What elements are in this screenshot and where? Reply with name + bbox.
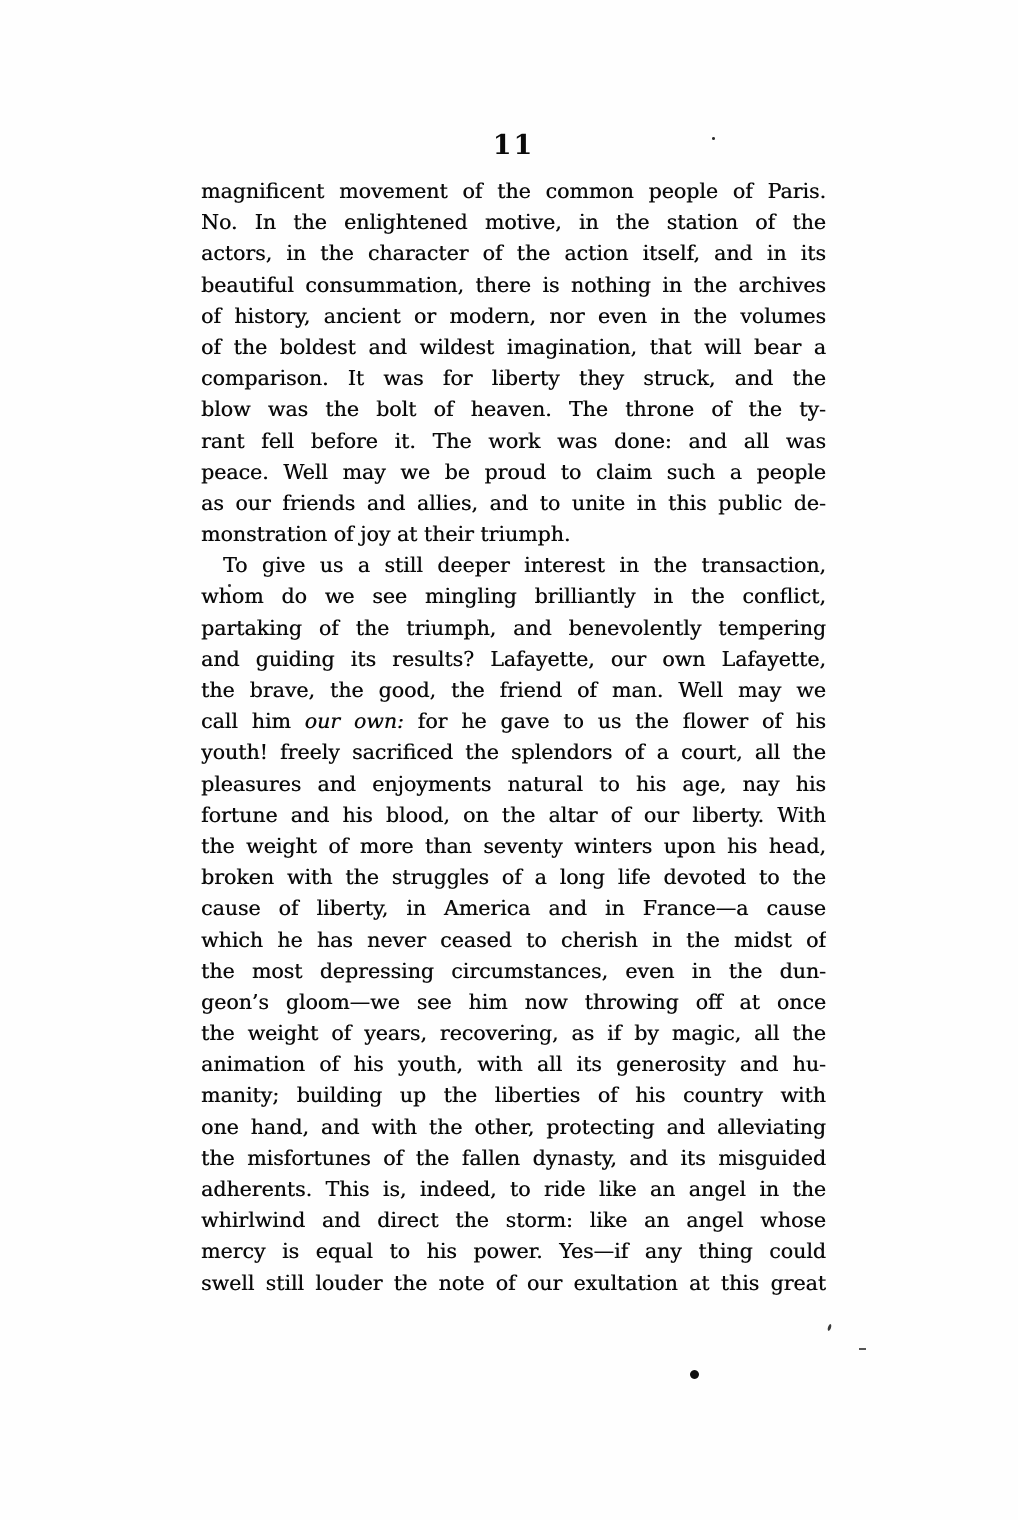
word: to — [389, 1236, 410, 1267]
word: the — [356, 613, 390, 644]
ink-speck — [827, 1324, 832, 1332]
ink-speck — [712, 137, 715, 140]
word: character — [368, 238, 469, 269]
word: The — [569, 394, 608, 425]
word: like — [590, 1205, 628, 1236]
text-line: theweightofmorethanseventywintersuponhis… — [201, 831, 826, 862]
word: of — [755, 207, 775, 238]
word: adherents. — [201, 1174, 312, 1205]
word: alleviating — [717, 1112, 826, 1143]
word: unite — [572, 488, 625, 519]
word: most — [252, 956, 303, 987]
text-line: fortuneandhisblood,onthealtarofourlibert… — [201, 800, 826, 831]
word: comparison. — [201, 363, 329, 394]
word: the — [792, 363, 826, 394]
text-line: whichhehasneverceasedtocherishinthemidst… — [201, 925, 826, 956]
word: angel — [686, 1205, 743, 1236]
word: done: — [614, 426, 672, 457]
word: of — [201, 301, 221, 332]
word: movement — [339, 176, 448, 207]
word: his — [636, 769, 666, 800]
text-line: mercyisequaltohispower.Yes—ifanythingcou… — [201, 1236, 826, 1267]
text-line: actors,inthecharacteroftheactionitself,a… — [201, 238, 826, 269]
text-line: whirlwindanddirectthestorm:likeanangelwh… — [201, 1205, 826, 1236]
word: do — [281, 581, 306, 612]
word: at — [689, 1268, 709, 1299]
word: flower — [683, 706, 749, 737]
word: and — [740, 1049, 779, 1080]
word: cherish — [561, 925, 638, 956]
word: will — [704, 332, 741, 363]
word: in — [605, 893, 625, 924]
word: Lafayette, — [490, 644, 594, 675]
text-line: rantfellbeforeit.Theworkwasdone:andallwa… — [201, 426, 826, 457]
word: ancient — [324, 301, 401, 332]
word: Yes—if — [559, 1236, 628, 1267]
word: in — [660, 301, 680, 332]
word: of — [502, 862, 522, 893]
word: claim — [596, 457, 652, 488]
word: country — [683, 1080, 763, 1111]
word: for — [443, 363, 473, 394]
word: protecting — [546, 1112, 654, 1143]
word: in — [767, 238, 787, 269]
word: of — [598, 1080, 618, 1111]
word: pleasures — [201, 769, 301, 800]
word: animation — [201, 1049, 305, 1080]
word: the — [201, 956, 235, 987]
word: head, — [769, 831, 826, 862]
word: the — [653, 550, 687, 581]
text-line: onehand,andwiththeother,protectingandall… — [201, 1112, 826, 1143]
word: and — [368, 332, 407, 363]
word: its — [576, 1049, 601, 1080]
word: weight — [246, 831, 317, 862]
word: the — [201, 675, 235, 706]
word: now — [525, 987, 568, 1018]
word: to — [540, 488, 561, 519]
word: proud — [484, 457, 546, 488]
word: devoted — [663, 862, 746, 893]
word: has — [317, 925, 353, 956]
word: misguided — [718, 1143, 826, 1174]
word: the — [616, 207, 650, 238]
word: ride — [544, 1174, 586, 1205]
word: may — [738, 675, 781, 706]
word: to — [526, 925, 547, 956]
word: man. — [612, 675, 663, 706]
word: Well — [678, 675, 723, 706]
word: the — [201, 831, 235, 862]
word: storm: — [506, 1205, 573, 1236]
word: The — [433, 426, 472, 457]
word: is — [282, 1236, 299, 1267]
word: public — [718, 488, 782, 519]
word: could — [769, 1236, 826, 1267]
word: power. — [473, 1236, 542, 1267]
word: of — [331, 1018, 351, 1049]
word: recovering, — [440, 1018, 559, 1049]
word: bolt — [376, 394, 416, 425]
word: heaven. — [471, 394, 552, 425]
text-line: peace.Wellmaywebeproudtoclaimsuchapeople — [201, 457, 826, 488]
text-segment: monstration of joy at their triumph. — [201, 522, 570, 546]
word: of — [624, 737, 644, 768]
word: of — [577, 675, 597, 706]
word: throne — [625, 394, 694, 425]
word: still — [266, 1268, 304, 1299]
word: his — [796, 769, 826, 800]
word: fallen — [462, 1143, 520, 1174]
word: or — [414, 301, 436, 332]
word: of — [496, 1268, 516, 1299]
word: own: — [354, 706, 404, 737]
word: and — [513, 613, 552, 644]
word: the — [416, 1143, 450, 1174]
word: its — [801, 238, 826, 269]
text-line: swellstilllouderthenoteofourexultationat… — [201, 1268, 826, 1299]
word: whose — [760, 1205, 826, 1236]
word: of — [462, 176, 482, 207]
word: freely — [280, 737, 340, 768]
word: more — [360, 831, 414, 862]
word: the — [345, 862, 379, 893]
word: direct — [377, 1205, 438, 1236]
word: splendors — [511, 737, 612, 768]
word: upon — [664, 831, 716, 862]
word: friends — [282, 488, 355, 519]
word: him — [252, 706, 291, 737]
word: the — [325, 394, 359, 425]
word: the — [465, 737, 499, 768]
text-line: animationofhisyouth,withallitsgenerosity… — [201, 1049, 826, 1080]
word: misfortunes — [247, 1143, 371, 1174]
word: and — [367, 488, 406, 519]
word: hu- — [793, 1049, 826, 1080]
word: and — [321, 1112, 360, 1143]
word: liberties — [495, 1080, 581, 1111]
word: still — [384, 550, 422, 581]
word: liberty, — [316, 893, 388, 924]
word: by — [634, 1018, 659, 1049]
word: a — [657, 737, 669, 768]
text-line: asourfriendsandallies,andtouniteinthispu… — [201, 488, 826, 519]
word: the — [686, 925, 720, 956]
word: court, — [681, 737, 743, 768]
word: guiding — [256, 644, 335, 675]
word: benevolently — [569, 613, 702, 644]
word: was — [557, 426, 597, 457]
word: our — [611, 644, 646, 675]
word: any — [645, 1236, 682, 1267]
word: partaking — [201, 613, 302, 644]
word: as — [201, 488, 224, 519]
word: weight — [248, 1018, 319, 1049]
word: in — [692, 956, 712, 987]
word: swell — [201, 1268, 254, 1299]
word: in — [662, 270, 682, 301]
word: transaction, — [701, 550, 826, 581]
word: his — [342, 800, 372, 831]
word: the — [394, 1268, 428, 1299]
word: good, — [379, 675, 436, 706]
word: midst — [734, 925, 792, 956]
word: as — [571, 1018, 594, 1049]
word: of — [279, 893, 299, 924]
word: modern, — [449, 301, 536, 332]
word: the — [792, 207, 826, 238]
word: struck, — [643, 363, 715, 394]
word: the — [451, 675, 485, 706]
word: the — [635, 706, 669, 737]
word: broken — [201, 862, 274, 893]
word: whom — [201, 581, 264, 612]
word: and — [317, 769, 356, 800]
word: the — [330, 675, 364, 706]
text-line: magnificentmovementofthecommonpeopleofPa… — [201, 176, 826, 207]
word: nor — [549, 301, 584, 332]
word: Paris. — [768, 176, 827, 207]
word: to — [599, 769, 620, 800]
word: our — [305, 706, 340, 737]
word: bear — [754, 332, 801, 363]
word: us — [320, 550, 344, 581]
paragraph: Togiveusastilldeeperinterestinthetransac… — [201, 550, 826, 1299]
word: It — [348, 363, 364, 394]
text-line: whomdoweseeminglingbrilliantlyintheconfl… — [201, 581, 826, 612]
word: and — [688, 426, 727, 457]
word: youth, — [398, 1049, 463, 1080]
word: an — [644, 1205, 669, 1236]
word: exultation — [573, 1268, 677, 1299]
word: enjoyments — [372, 769, 491, 800]
word: and — [735, 363, 774, 394]
text-line: No.Intheenlightenedmotive,inthestationof… — [201, 207, 826, 238]
word: our — [527, 1268, 562, 1299]
text-line: Togiveusastilldeeperinterestinthetransac… — [201, 550, 826, 581]
word: one — [201, 1112, 239, 1143]
word: boldest — [280, 332, 356, 363]
word: give — [262, 550, 305, 581]
word: to — [510, 1174, 531, 1205]
word: triumph, — [406, 613, 496, 644]
word: the — [792, 737, 826, 768]
word: conflict, — [742, 581, 826, 612]
word: we — [796, 675, 826, 706]
word: the — [792, 862, 826, 893]
word: his — [796, 706, 826, 737]
word: our — [235, 488, 270, 519]
word: his — [353, 1049, 383, 1080]
word: nothing — [571, 270, 651, 301]
word: the — [234, 332, 268, 363]
word: he — [277, 925, 302, 956]
ink-speck — [228, 584, 231, 587]
word: To — [223, 550, 247, 581]
word: results? — [392, 644, 474, 675]
word: once — [777, 987, 826, 1018]
word: life — [618, 862, 651, 893]
ink-speck — [859, 1348, 866, 1350]
word: we — [400, 457, 430, 488]
word: our — [644, 800, 679, 831]
word: all — [755, 737, 780, 768]
word: dun- — [780, 956, 826, 987]
word: such — [667, 457, 715, 488]
word: and — [629, 1143, 668, 1174]
word: to — [563, 706, 584, 737]
page: 11 magnificentmovementofthecommonpeopleo… — [0, 0, 1018, 1520]
word: its — [351, 644, 376, 675]
word: was — [786, 426, 826, 457]
text-line: youth!freelysacrificedthesplendorsofacou… — [201, 737, 826, 768]
word: and — [548, 893, 587, 924]
word: rant — [201, 426, 244, 457]
word: natural — [507, 769, 582, 800]
word: winters — [574, 831, 652, 862]
word: note — [438, 1268, 484, 1299]
word: and — [322, 1205, 361, 1236]
word: cause — [201, 893, 261, 924]
word: manity; — [201, 1080, 279, 1111]
word: deeper — [437, 550, 509, 581]
word: of — [483, 238, 503, 269]
word: which — [201, 925, 263, 956]
word: of — [201, 332, 221, 363]
word: thing — [698, 1236, 752, 1267]
word: action — [564, 238, 628, 269]
text-line: ofhistory,ancientormodern,noreveninthevo… — [201, 301, 826, 332]
word: he — [461, 706, 486, 737]
text-line: oftheboldestandwildestimagination,thatwi… — [201, 332, 826, 363]
word: gave — [500, 706, 549, 737]
word: great — [770, 1268, 826, 1299]
word: with — [477, 1049, 523, 1080]
word: the — [201, 1143, 235, 1174]
word: of — [733, 176, 753, 207]
word: ty- — [799, 394, 826, 425]
word: nay — [742, 769, 779, 800]
word: louder — [315, 1268, 382, 1299]
text-line: blowwastheboltofheaven.Thethroneofthety- — [201, 394, 826, 425]
text-line: adherents.Thisis,indeed,toridelikeanange… — [201, 1174, 826, 1205]
word: whirlwind — [201, 1205, 305, 1236]
word: peace. — [201, 457, 269, 488]
word: America — [444, 893, 530, 924]
word: off — [696, 987, 723, 1018]
word: is, — [383, 1174, 407, 1205]
word: the — [502, 800, 536, 831]
word: motive, — [485, 207, 562, 238]
word: the — [693, 270, 727, 301]
word: tempering — [718, 613, 826, 644]
word: long — [560, 862, 605, 893]
word: call — [201, 706, 238, 737]
word: with — [287, 862, 333, 893]
word: this — [668, 488, 707, 519]
word: the — [792, 1174, 826, 1205]
word: see — [372, 581, 407, 612]
word: archives — [738, 270, 826, 301]
word: all — [537, 1049, 562, 1080]
word: of — [319, 613, 339, 644]
word: in — [619, 550, 639, 581]
word: building — [297, 1080, 382, 1111]
word: people — [649, 176, 718, 207]
word: be — [445, 457, 470, 488]
word: his — [427, 1236, 457, 1267]
word: in — [759, 1174, 779, 1205]
text-line: partakingofthetriumph,andbenevolentlytem… — [201, 613, 826, 644]
word: in — [652, 925, 672, 956]
word: we — [325, 581, 355, 612]
text-line: comparison.Itwasforlibertytheystruck,and… — [201, 363, 826, 394]
word: Well — [283, 457, 328, 488]
word: of — [611, 800, 631, 831]
word: his — [635, 1080, 665, 1111]
text-line: manity;buildingupthelibertiesofhiscountr… — [201, 1080, 826, 1111]
word: own — [662, 644, 705, 675]
word: that — [650, 332, 692, 363]
word: they — [579, 363, 624, 394]
text-line: themisfortunesofthefallendynasty,anditsm… — [201, 1143, 826, 1174]
word: even — [598, 301, 647, 332]
word: never — [367, 925, 426, 956]
word: people — [757, 457, 826, 488]
word: wildest — [420, 332, 495, 363]
word: like — [599, 1174, 637, 1205]
word: and — [489, 488, 528, 519]
word: the — [792, 1018, 826, 1049]
word: at — [739, 987, 759, 1018]
word: the — [429, 1112, 463, 1143]
word: allies, — [417, 488, 478, 519]
word: throwing — [585, 987, 679, 1018]
word: sacrificed — [352, 737, 453, 768]
word: fortune — [201, 800, 278, 831]
word: in — [653, 581, 673, 612]
word: liberty. — [692, 800, 764, 831]
word: the — [691, 581, 725, 612]
text-line: callhimourown:forhegavetoustheflowerofhi… — [201, 706, 826, 737]
word: mercy — [201, 1236, 265, 1267]
word: a — [358, 550, 370, 581]
word: mingling — [425, 581, 517, 612]
word: France—a — [643, 893, 749, 924]
word: altar — [548, 800, 597, 831]
word: consummation, — [305, 270, 464, 301]
word: de- — [794, 488, 826, 519]
text-line: beautifulconsummation,thereisnothinginth… — [201, 270, 826, 301]
word: the — [693, 301, 727, 332]
word: and — [201, 644, 240, 675]
word: the — [443, 1080, 477, 1111]
word: Lafayette, — [721, 644, 825, 675]
word: liberty — [492, 363, 560, 394]
word: for — [418, 706, 448, 737]
word: the — [729, 956, 763, 987]
word: its — [680, 1143, 705, 1174]
word: is — [542, 270, 559, 301]
word: before — [311, 426, 378, 457]
word: circumstances, — [451, 956, 608, 987]
word: the — [748, 394, 782, 425]
word: of — [328, 831, 348, 862]
word: all — [744, 426, 769, 457]
word: No. — [201, 207, 237, 238]
word: work — [488, 426, 540, 457]
word: there — [475, 270, 531, 301]
